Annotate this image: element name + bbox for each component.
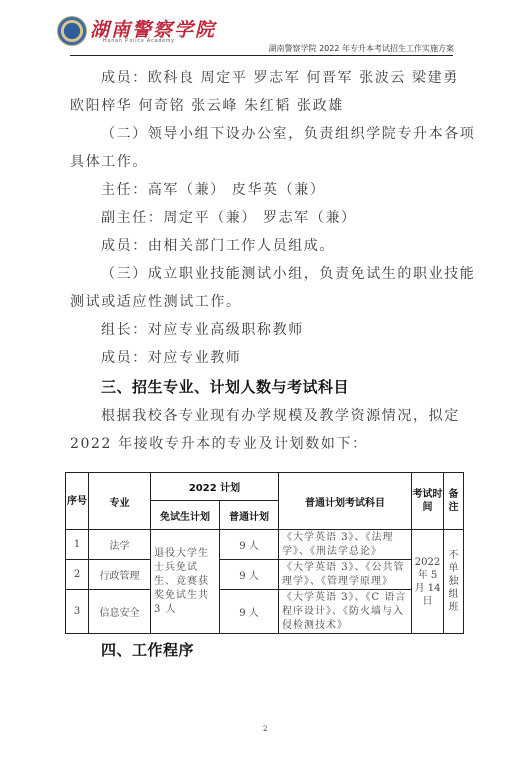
paragraph-group-leader: 组长：对应专业高级职称教师 — [101, 320, 304, 340]
cell-major: 法学 — [89, 530, 151, 560]
cell-index: 2 — [66, 560, 89, 590]
header-regular-plan: 普通计划 — [220, 501, 279, 530]
cell-exam-time: 2022 年 5 月 14 日 — [412, 530, 444, 634]
cell-subjects: 《大学英语 3》、《公共管理学》、《管理学原理》 — [279, 560, 412, 590]
cell-exempt-plan: 退役大学生士兵免试生、竞赛获奖免试生共 3 人 — [151, 530, 220, 634]
paragraph-members-cont: 欧阳梓华 何奇铭 张云峰 朱红韬 张政雄 — [70, 96, 344, 116]
document-title: 湖南警察学院 2022 年专升本考试招生工作实施方案 — [269, 43, 454, 54]
header-exempt-plan: 免试生计划 — [151, 501, 220, 530]
paragraph-plan-intro-cont: 2022 年接收专升本的专业及计划数如下： — [70, 434, 368, 454]
table-row: 3 信息安全 9 人 《大学英语 3》、《C 语言程序设计》、《防火墙与入侵检测… — [66, 590, 464, 634]
academy-emblem-icon — [57, 16, 87, 46]
academy-logo-subtext: Hunan Police Academy — [103, 38, 175, 44]
cell-regular-plan: 9 人 — [220, 560, 279, 590]
header-remarks: 备注 — [444, 473, 464, 530]
table-row: 2 行政管理 9 人 《大学英语 3》、《公共管理学》、《管理学原理》 — [66, 560, 464, 590]
paragraph-plan-intro: 根据我校各专业现有办学规模及教学资源情况，拟定 — [101, 406, 460, 426]
table-row: 1 法学 退役大学生士兵免试生、竞赛获奖免试生共 3 人 9 人 《大学英语 3… — [66, 530, 464, 560]
paragraph-members: 成员：欧科良 周定平 罗志军 何晋军 张波云 梁建勇 — [101, 68, 459, 88]
cell-major: 行政管理 — [89, 560, 151, 590]
page-number: 2 — [263, 725, 267, 733]
admission-plan-table: 序号 专业 2022 计划 普通计划考试科目 考试时间 备注 免试生计划 普通计… — [65, 472, 464, 634]
cell-index: 1 — [66, 530, 89, 560]
header-major: 专业 — [89, 473, 151, 530]
header-divider — [70, 55, 453, 56]
paragraph-deputy-director: 副主任：周定平（兼） 罗志军（兼） — [101, 208, 357, 228]
section-heading-4: 四、工作程序 — [101, 640, 194, 660]
cell-index: 3 — [66, 590, 89, 634]
paragraph-office: （二）领导小组下设办公室，负责组织学院专升本各项 — [101, 124, 475, 144]
header-index: 序号 — [66, 473, 89, 530]
paragraph-skills-group-cont: 测试或适应性测试工作。 — [70, 292, 242, 312]
paragraph-office-members: 成员：由相关部门工作人员组成。 — [101, 236, 335, 256]
cell-regular-plan: 9 人 — [220, 590, 279, 634]
cell-subjects: 《大学英语 3》、《法理学》、《刑法学总论》 — [279, 530, 412, 560]
section-heading-3: 三、招生专业、计划人数与考试科目 — [101, 377, 349, 397]
cell-remarks: 不单独组班 — [444, 530, 464, 634]
header-exam-time: 考试时间 — [412, 473, 444, 530]
cell-regular-plan: 9 人 — [220, 530, 279, 560]
paragraph-skills-group: （三）成立职业技能测试小组，负责免试生的职业技能 — [101, 264, 475, 284]
page-header: 湖南警察学院 Hunan Police Academy 湖南警察学院 2022 … — [0, 0, 530, 60]
cell-major: 信息安全 — [89, 590, 151, 634]
paragraph-director: 主任：高军（兼） 皮华英（兼） — [101, 180, 325, 200]
paragraph-group-members: 成员：对应专业教师 — [101, 348, 241, 368]
header-plan-group: 2022 计划 — [151, 473, 279, 501]
paragraph-office-cont: 具体工作。 — [70, 152, 148, 172]
header-subjects: 普通计划考试科目 — [279, 473, 412, 530]
cell-subjects: 《大学英语 3》、《C 语言程序设计》、《防火墙与入侵检测技术》 — [279, 590, 412, 634]
